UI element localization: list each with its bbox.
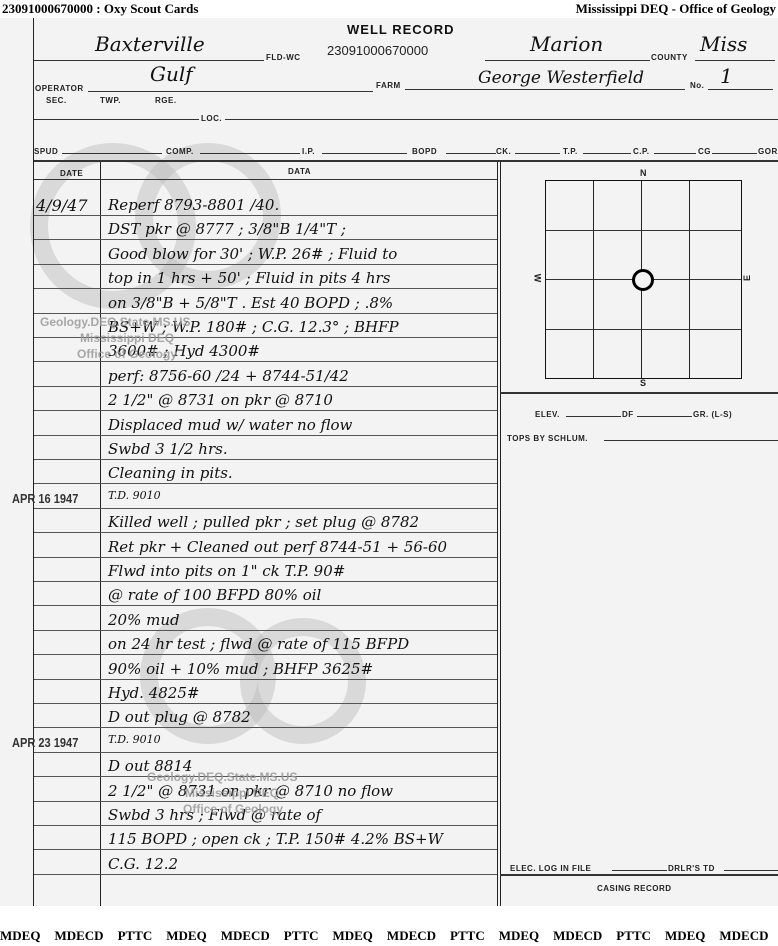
ip-underline bbox=[322, 153, 407, 154]
entry-text: D out plug @ 8782 bbox=[108, 708, 251, 726]
ip-label: I.P. bbox=[302, 147, 315, 156]
data-column-divider bbox=[497, 162, 498, 906]
entry-text: T.D. 9010 bbox=[108, 489, 161, 502]
gr-label: GR. (L-S) bbox=[693, 410, 732, 419]
casing-divider bbox=[500, 874, 778, 876]
well-location-marker-icon bbox=[632, 269, 654, 291]
row-rule bbox=[34, 679, 497, 680]
entry-text: perf: 8756-60 /24 + 8744-51/42 bbox=[108, 367, 349, 385]
cg-underline bbox=[712, 153, 757, 154]
row-rule bbox=[34, 752, 497, 753]
row-rule bbox=[34, 605, 497, 606]
cp-underline bbox=[654, 153, 696, 154]
sec-label: SEC. bbox=[46, 96, 67, 105]
footer-banner: MDEQMDECDPTTCMDEQMDECDPTTCMDEQMDECDPTTCM… bbox=[0, 928, 778, 946]
entry-text: @ rate of 100 BFPD 80% oil bbox=[108, 586, 321, 604]
farm-label: FARM bbox=[376, 81, 401, 90]
state-underline bbox=[695, 60, 775, 61]
compass-south: S bbox=[640, 378, 646, 388]
well-no-value: 1 bbox=[720, 64, 733, 88]
elev-underline bbox=[566, 416, 621, 417]
row-rule bbox=[34, 874, 497, 875]
field-value: Baxterville bbox=[95, 32, 205, 56]
footer-item: MDECD bbox=[221, 928, 270, 943]
tops-by-schlum-label: TOPS BY SCHLUM. bbox=[507, 434, 588, 443]
loc-underline bbox=[225, 119, 778, 120]
api-number: 23091000670000 bbox=[327, 43, 428, 58]
footer-item: MDECD bbox=[719, 928, 768, 943]
watermark-text: Geology.DEQ.State.MS.US bbox=[40, 315, 190, 329]
entry-date: APR 23 1947 bbox=[12, 735, 78, 750]
row-rule bbox=[34, 703, 497, 704]
ck-underline bbox=[515, 153, 560, 154]
footer-item: MDEQ bbox=[166, 928, 206, 943]
row-rule bbox=[34, 435, 497, 436]
row-rule bbox=[34, 630, 497, 631]
farm-value: George Westerfield bbox=[478, 68, 644, 88]
entry-text: 2 1/2" @ 8731 on pkr @ 8710 bbox=[108, 391, 333, 409]
farm-underline bbox=[405, 89, 685, 90]
entry-text: Killed well ; pulled pkr ; set plug @ 87… bbox=[108, 513, 419, 531]
footer-item: MDEQ bbox=[499, 928, 539, 943]
rge-label: RGE. bbox=[155, 96, 177, 105]
state-value: Miss bbox=[700, 32, 747, 56]
entry-text: 115 BOPD ; open ck ; T.P. 150# 4.2% BS+W bbox=[108, 830, 443, 848]
date-column-divider bbox=[100, 162, 101, 906]
df-underline bbox=[637, 416, 692, 417]
data-column-header: DATA bbox=[288, 167, 311, 176]
footer-item: PTTC bbox=[118, 928, 153, 943]
entry-text: T.D. 9010 bbox=[108, 733, 161, 746]
section-plat-grid bbox=[545, 180, 742, 379]
cg-label: CG bbox=[698, 147, 711, 156]
footer-item: MDECD bbox=[387, 928, 436, 943]
header-divider bbox=[34, 160, 778, 162]
no-label: No. bbox=[690, 81, 704, 90]
watermark-text: Office of Geology bbox=[183, 802, 283, 816]
footer-item: MDECD bbox=[54, 928, 103, 943]
header-right-title: Mississippi DEQ - Office of Geology bbox=[576, 1, 776, 17]
spud-label: SPUD bbox=[34, 147, 58, 156]
entry-date: APR 16 1947 bbox=[12, 491, 78, 506]
row-rule bbox=[34, 825, 497, 826]
bopd-underline bbox=[446, 153, 496, 154]
row-rule bbox=[34, 215, 497, 216]
entry-text: 90% oil + 10% mud ; BHFP 3625# bbox=[108, 660, 373, 678]
entry-text: C.G. 12.2 bbox=[108, 855, 178, 873]
comp-label: COMP. bbox=[166, 147, 194, 156]
county-value: Marion bbox=[530, 32, 603, 56]
watermark-text: Office of Geology bbox=[77, 347, 177, 361]
row-rule bbox=[34, 239, 497, 240]
row-rule bbox=[34, 654, 497, 655]
county-label: COUNTY bbox=[651, 53, 688, 62]
entry-text: DST pkr @ 8777 ; 3/8"B 1/4"T ; bbox=[108, 220, 346, 238]
footer-item: PTTC bbox=[450, 928, 485, 943]
gor-label: GOR bbox=[758, 147, 778, 156]
entry-text: Reperf 8793-8801 /40. bbox=[108, 196, 279, 214]
cp-label: C.P. bbox=[633, 147, 650, 156]
row-rule bbox=[34, 264, 497, 265]
operator-underline bbox=[88, 91, 373, 92]
entry-text: 20% mud bbox=[108, 611, 180, 629]
elec-log-underline bbox=[612, 870, 667, 871]
spud-underline bbox=[62, 153, 162, 154]
row-rule bbox=[34, 288, 497, 289]
row-rule bbox=[34, 532, 497, 533]
tp-underline bbox=[583, 153, 631, 154]
footer-item: PTTC bbox=[284, 928, 319, 943]
entry-text: Hyd. 4825# bbox=[108, 684, 199, 702]
watermark-text: Geology.DEQ.State.MS.US bbox=[147, 770, 297, 784]
watermark-text: Mississippi DEQ bbox=[80, 331, 174, 345]
footer-item: MDECD bbox=[553, 928, 602, 943]
well-record-card: WELL RECORD 23091000670000 Baxterville F… bbox=[0, 18, 778, 906]
drlr-td-label: DRLR'S TD bbox=[668, 864, 715, 873]
watermark-logo-icon bbox=[135, 143, 281, 289]
header-left-title: 23091000670000 : Oxy Scout Cards bbox=[2, 1, 198, 17]
row-rule bbox=[34, 581, 497, 582]
row-rule bbox=[34, 459, 497, 460]
no-underline bbox=[708, 89, 773, 90]
entry-date: 4/9/47 bbox=[36, 196, 88, 215]
footer-item: PTTC bbox=[616, 928, 651, 943]
footer-item: MDEQ bbox=[665, 928, 705, 943]
row-rule bbox=[34, 386, 497, 387]
county-underline bbox=[485, 60, 650, 61]
row-rule bbox=[34, 557, 497, 558]
loc-label: LOC. bbox=[201, 114, 222, 123]
row-rule bbox=[34, 313, 497, 314]
plat-bottom-divider bbox=[500, 392, 778, 394]
casing-record-label: CASING RECORD bbox=[597, 884, 672, 893]
entry-text: top in 1 hrs + 50' ; Fluid in pits 4 hrs bbox=[108, 269, 390, 287]
ck-label: CK. bbox=[496, 147, 511, 156]
df-label: DF bbox=[622, 410, 634, 419]
data-column-divider-2 bbox=[500, 162, 501, 906]
field-underline bbox=[34, 60, 264, 61]
row-rule bbox=[34, 727, 497, 728]
card-title: WELL RECORD bbox=[347, 22, 455, 37]
footer-item: MDEQ bbox=[0, 928, 40, 943]
operator-label: OPERATOR bbox=[35, 84, 84, 93]
drlr-td-underline bbox=[724, 870, 778, 871]
tops-underline bbox=[604, 440, 778, 441]
compass-west: W bbox=[532, 274, 542, 283]
compass-north: N bbox=[640, 168, 647, 178]
row-rule bbox=[34, 361, 497, 362]
elec-log-label: ELEC. LOG IN FILE bbox=[510, 864, 591, 873]
entry-text: on 3/8"B + 5/8"T . Est 40 BOPD ; .8% bbox=[108, 294, 393, 312]
sec-underline bbox=[34, 119, 199, 120]
row-rule bbox=[34, 508, 497, 509]
row-rule bbox=[34, 410, 497, 411]
watermark-text: Mississippi DEQ bbox=[185, 786, 279, 800]
tp-label: T.P. bbox=[563, 147, 578, 156]
date-column-header: DATE bbox=[60, 169, 83, 178]
entry-text: Good blow for 30' ; W.P. 26# ; Fluid to bbox=[108, 245, 397, 263]
row-rule bbox=[34, 483, 497, 484]
comp-underline bbox=[200, 153, 300, 154]
entry-text: Ret pkr + Cleaned out perf 8744-51 + 56-… bbox=[108, 538, 447, 556]
column-header-underline bbox=[34, 179, 497, 180]
entry-text: Displaced mud w/ water no flow bbox=[108, 416, 352, 434]
twp-label: TWP. bbox=[100, 96, 121, 105]
row-rule bbox=[34, 849, 497, 850]
compass-east: E bbox=[742, 275, 752, 281]
entry-text: Swbd 3 1/2 hrs. bbox=[108, 440, 228, 458]
operator-value: Gulf bbox=[150, 62, 193, 86]
entry-text: on 24 hr test ; flwd @ rate of 115 BFPD bbox=[108, 635, 409, 653]
elev-label: ELEV. bbox=[535, 410, 560, 419]
fld-wc-label: FLD-WC bbox=[266, 53, 301, 62]
footer-item: MDEQ bbox=[332, 928, 372, 943]
entry-text: Cleaning in pits. bbox=[108, 464, 233, 482]
entry-text: Flwd into pits on 1" ck T.P. 90# bbox=[108, 562, 345, 580]
bopd-label: BOPD bbox=[412, 147, 437, 156]
page-header: 23091000670000 : Oxy Scout Cards Mississ… bbox=[0, 0, 778, 18]
